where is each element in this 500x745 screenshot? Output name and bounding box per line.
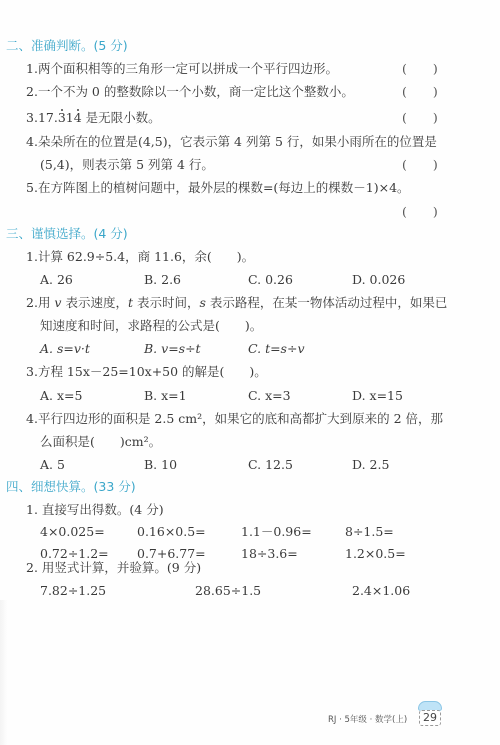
choice-question-4-cont: 么面积是( )cm²。 [40, 434, 161, 450]
choice-2-option-a[interactable]: A. s=v·t [40, 341, 90, 357]
choice-4-option-a[interactable]: A. 5 [40, 457, 65, 473]
judgment-question-4: 4.朵朵所在的位置是(4,5)，它表示第 4 列第 5 行，如果小雨所在的位置是 [26, 134, 437, 150]
repeating-digit-end: 4 [74, 110, 82, 126]
choice-question-1: 1.计算 62.9÷5.4，商 11.6，余( )。 [26, 249, 254, 265]
footer-label: RJ · 5年级 · 数学(上) [328, 713, 407, 725]
choice-1-option-c[interactable]: C. 0.26 [248, 272, 293, 288]
choice-question-2: 2.用 v 表示速度，t 表示时间，s 表示路程，在某一物体活动过程中，如果已 [26, 295, 447, 311]
choice-4-option-c[interactable]: C. 12.5 [248, 457, 293, 473]
choice-question-4: 4.平行四边形的面积是 2.5 cm²，如果它的底和高都扩大到原来的 2 倍，那 [26, 411, 443, 427]
choice-3-option-d[interactable]: D. x=15 [352, 388, 403, 404]
choice-question-2-cont: 知速度和时间，求路程的公式是( )。 [40, 318, 262, 334]
choice-1-option-d[interactable]: D. 0.026 [352, 272, 405, 288]
choice-question-3: 3.方程 15x－25=10x+50 的解是( )。 [26, 364, 267, 380]
section-title-judgment: 二、准确判断。(5 分) [6, 38, 128, 54]
answer-blank-5[interactable]: () [402, 204, 438, 220]
mental-calc-8[interactable]: 1.2×0.5= [345, 546, 406, 562]
mental-calc-4[interactable]: 8÷1.5= [345, 524, 394, 540]
vertical-calc-1[interactable]: 7.82÷1.25 [40, 583, 106, 599]
judgment-question-1: 1.两个面积相等的三角形一定可以拼成一个平行四边形。 [26, 61, 338, 77]
choice-2-option-c[interactable]: C. t=s÷v [248, 341, 305, 357]
judgment-question-4-cont: (5,4)，则表示第 5 列第 4 行。 [40, 157, 214, 173]
mental-calc-3[interactable]: 1.1－0.96= [241, 524, 312, 540]
mental-calc-2[interactable]: 0.16×0.5= [137, 524, 206, 540]
choice-2-option-b[interactable]: B. v=s÷t [144, 341, 201, 357]
section-title-choice: 三、谨慎选择。(4 分) [6, 226, 128, 242]
mental-calc-7[interactable]: 18÷3.6= [241, 546, 298, 562]
choice-4-option-d[interactable]: D. 2.5 [352, 457, 389, 473]
judgment-question-3: 3.17.314 是无限小数。 [26, 110, 161, 126]
answer-blank-2[interactable]: () [402, 84, 438, 100]
choice-1-option-a[interactable]: A. 26 [40, 272, 73, 288]
answer-blank-3[interactable]: () [402, 110, 438, 126]
judgment-question-2: 2.一个不为 0 的整数除以一个小数，商一定比这个整数小。 [26, 84, 354, 100]
choice-3-option-a[interactable]: A. x=5 [40, 388, 82, 404]
choice-4-option-b[interactable]: B. 10 [144, 457, 177, 473]
answer-blank-1[interactable]: () [402, 61, 438, 77]
judgment-question-5: 5.在方阵图上的植树问题中，最外层的棵数=(每边上的棵数－1)×4。 [26, 180, 410, 196]
mental-calc-1[interactable]: 4×0.025= [40, 524, 105, 540]
section-title-calculation: 四、细想快算。(33 分) [6, 479, 136, 495]
choice-1-option-b[interactable]: B. 2.6 [144, 272, 181, 288]
page-number: 29 [419, 710, 441, 726]
answer-blank-4[interactable]: () [402, 157, 438, 173]
calc-part2-title: 2. 用竖式计算，并验算。(9 分) [26, 560, 201, 576]
choice-3-option-c[interactable]: C. x=3 [248, 388, 291, 404]
page-edge-shadow [0, 600, 8, 745]
repeating-digit-start: 3 [58, 110, 66, 126]
vertical-calc-2[interactable]: 28.65÷1.5 [195, 583, 261, 599]
workbook-page: 二、准确判断。(5 分) 1.两个面积相等的三角形一定可以拼成一个平行四边形。 … [0, 0, 500, 745]
choice-3-option-b[interactable]: B. x=1 [144, 388, 187, 404]
page-number-badge: 29 [416, 701, 444, 729]
vertical-calc-3[interactable]: 2.4×1.06 [352, 583, 410, 599]
calc-part1-title: 1. 直接写出得数。(4 分) [26, 502, 164, 518]
